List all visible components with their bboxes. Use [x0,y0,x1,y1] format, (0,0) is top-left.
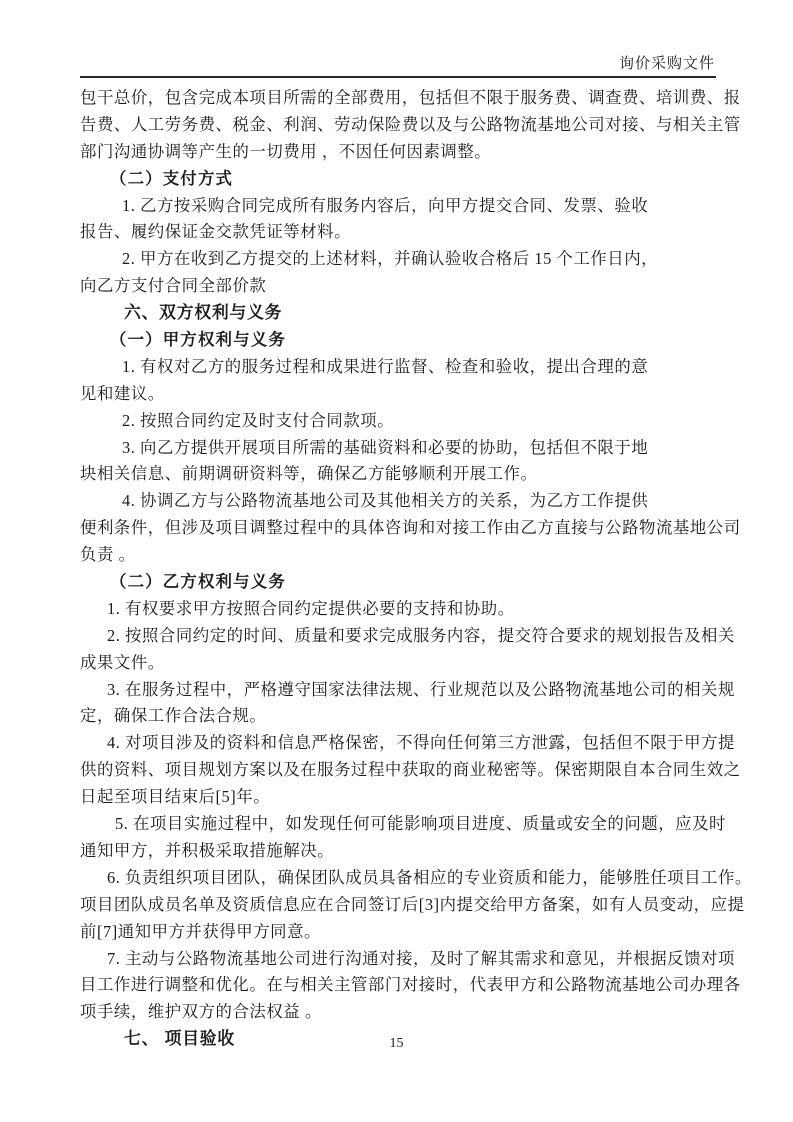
text-line: 6. 负责组织项目团队，确保团队成员具备相应的专业资质和能力，能够胜任项目工作。 [80,865,775,892]
text-line: 包干总价，包含完成本项目所需的全部费用，包括但不限于服务费、调查费、培训费、报 [80,85,775,112]
text-line: 2. 甲方在收到乙方提交的上述材料，并确认验收合格后 15 个工作日内， [80,246,775,273]
text-line: 项目团队成员名单及资质信息应在合同签订后[3]内提交给甲方备案，如有人员变动，应… [80,892,775,919]
header-rule [80,76,716,78]
text-line: 5. 在项目实施过程中，如发现任何可能影响项目进度、质量或安全的问题，应及时 [80,811,775,838]
text-line: 2. 按照合同约定及时支付合同款项。 [80,408,775,435]
text-line: 项手续，维护双方的合法权益 。 [80,999,775,1026]
text-line: （一）甲方权利与义务 [80,327,775,354]
text-line: 定，确保工作合法合规。 [80,703,775,730]
text-line: 供的资料、项目规划方案以及在服务过程中获取的商业秘密等。保密期限自本合同生效之 [80,757,775,784]
text-line: 1. 乙方按采购合同完成所有服务内容后，向甲方提交合同、发票、验收 [80,193,775,220]
text-line: （二）支付方式 [80,166,775,193]
text-line: 负责 。 [80,542,775,569]
text-line: 7. 主动与公路物流基地公司进行沟通对接，及时了解其需求和意见，并根据反馈对项 [80,946,775,973]
page-footer: 15 [0,1036,793,1052]
header-title: 询价采购文件 [619,56,715,72]
text-line: 2. 按照合同约定的时间、质量和要求完成服务内容，提交符合要求的规划报告及相关 [80,623,775,650]
text-line: 六、双方权利与义务 [80,300,775,327]
text-line: （二）乙方权利与义务 [80,569,775,596]
text-line: 4. 对项目涉及的资料和信息严格保密，不得向任何第三方泄露，包括但不限于甲方提 [80,730,775,757]
text-line: 告费、人工劳务费、税金、利润、劳动保险费以及与公路物流基地公司对接、与相关主管 [80,112,775,139]
text-line: 便利条件，但涉及项目调整过程中的具体咨询和对接工作由乙方直接与公路物流基地公司 [80,515,775,542]
document-page: 询价采购文件 包干总价，包含完成本项目所需的全部费用，包括但不限于服务费、调查费… [0,0,793,1122]
text-line: 见和建议。 [80,381,775,408]
text-line: 报告、履约保证金交款凭证等材料。 [80,219,775,246]
text-line: 通知甲方，并积极采取措施解决。 [80,838,775,865]
page-number: 15 [390,1036,404,1051]
document-body: 包干总价，包含完成本项目所需的全部费用，包括但不限于服务费、调查费、培训费、报告… [80,85,775,1053]
text-line: 1. 有权对乙方的服务过程和成果进行监督、检查和验收，提出合理的意 [80,354,775,381]
text-line: 向乙方支付合同全部价款 [80,273,775,300]
text-line: 目工作进行调整和优化。在与相关主管部门对接时，代表甲方和公路物流基地公司办理各 [80,972,775,999]
text-line: 日起至项目结束后[5]年。 [80,784,775,811]
text-line: 块相关信息、前期调研资料等，确保乙方能够顺利开展工作。 [80,461,775,488]
text-line: 3. 在服务过程中，严格遵守国家法律法规、行业规范以及公路物流基地公司的相关规 [80,677,775,704]
text-line: 成果文件。 [80,650,775,677]
text-line: 前[7]通知甲方并获得甲方同意。 [80,919,775,946]
text-line: 4. 协调乙方与公路物流基地公司及其他相关方的关系，为乙方工作提供 [80,488,775,515]
text-line: 1. 有权要求甲方按照合同约定提供必要的支持和协助。 [80,596,775,623]
page-header: 询价采购文件 [80,52,715,73]
text-line: 部门沟通协调等产生的一切费用 ，不因任何因素调整。 [80,139,775,166]
text-line: 3. 向乙方提供开展项目所需的基础资料和必要的协助，包括但不限于地 [80,435,775,462]
